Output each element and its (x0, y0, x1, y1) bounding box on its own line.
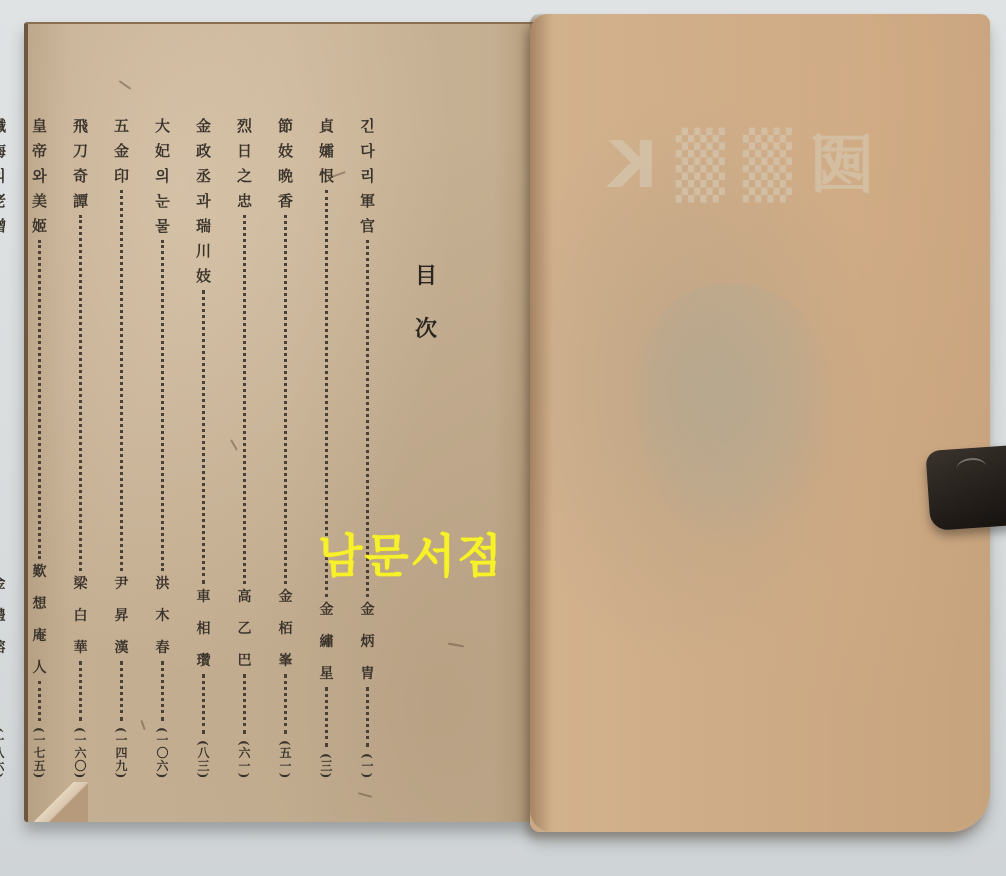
title-char: 孀 (319, 144, 334, 159)
title-char: 帝 (32, 144, 47, 159)
dark-clip-object (925, 445, 1006, 531)
toc-entry: 金 政 丞 과 瑞 川 妓 車 相 瓚 (八三) (183, 119, 224, 779)
toc-entry-title: 烈 日 之 忠 (237, 119, 252, 209)
title-char: 飛 (73, 119, 88, 134)
toc-entry-author: 高 乙 巴 (238, 590, 252, 668)
title-char: 瑞 (196, 219, 211, 234)
toc-heading-char: 次 (415, 312, 437, 343)
title-char: 姬 (32, 219, 47, 234)
inside-cover-page: 國▒▒K (530, 14, 990, 832)
title-char: 의 (155, 169, 170, 184)
title-char: 五 (114, 119, 129, 134)
title-char: 奇 (73, 169, 88, 184)
author-char: 巴 (238, 654, 252, 668)
author-char: 白 (74, 609, 88, 623)
author-char: 栢 (279, 622, 293, 636)
title-char: 긴 (360, 119, 375, 134)
toc-entry-author: 金 炳 胄 (361, 603, 375, 681)
author-char: 想 (33, 597, 47, 611)
toc-heading: 目 次 (388, 119, 464, 779)
author-char: 胄 (361, 667, 375, 681)
title-char: 之 (237, 169, 252, 184)
title-char: 恨 (319, 169, 334, 184)
toc-entry-page: (一八六) (0, 727, 7, 779)
author-char: 金 (279, 590, 293, 604)
toc-entry-title: 懺 悔 의 老 僧 (0, 119, 6, 234)
leader-dots (79, 215, 82, 571)
author-char: 木 (156, 609, 170, 623)
title-char: 川 (196, 244, 211, 259)
folded-corner (28, 782, 88, 822)
title-char: 官 (360, 219, 375, 234)
title-char: 물 (155, 219, 170, 234)
toc-entry-page: (三) (318, 753, 335, 779)
store-watermark: 남문서점 (318, 520, 504, 586)
author-char: 炳 (361, 635, 375, 649)
title-char: 과 (196, 194, 211, 209)
toc-entry: 烈 日 之 忠 高 乙 巴 (六一) (224, 119, 265, 779)
leader-dots (38, 240, 41, 559)
title-char: 의 (0, 169, 6, 184)
title-char: 大 (155, 119, 170, 134)
toc-entry-title: 皇 帝 와 美 姬 (32, 119, 47, 234)
author-char: 華 (74, 641, 88, 655)
title-char: 忠 (237, 194, 252, 209)
spine-shadow (530, 14, 552, 832)
author-char: 車 (197, 590, 211, 604)
title-char: 貞 (319, 119, 334, 134)
toc-entry-author: 歎 想 庵 人 (33, 565, 47, 675)
leader-dots (120, 190, 123, 571)
faded-illustration (638, 284, 838, 554)
title-char: 印 (114, 169, 129, 184)
title-char: 香 (278, 194, 293, 209)
toc-entry: 五 金 印 尹 昇 漢 (一四九) (101, 119, 142, 779)
toc-entry-title: 飛 刀 奇 譚 (73, 119, 88, 209)
paper-fiber (358, 792, 372, 798)
title-char: 皇 (32, 119, 47, 134)
title-char: 譚 (73, 194, 88, 209)
toc-entry: 貞 孀 恨 金 繡 星 (三) (306, 119, 347, 779)
title-char: 丞 (196, 169, 211, 184)
toc-entry-author: 車 相 瓚 (197, 590, 211, 668)
title-char: 僧 (0, 219, 6, 234)
author-char: 金 (361, 603, 375, 617)
author-char: 禮 (0, 609, 6, 623)
leader-dots (38, 681, 41, 721)
toc-entry: 節 妓 晩 香 金 栢 峯 (五一) (265, 119, 306, 779)
author-char: 繡 (320, 635, 334, 649)
leader-dots (325, 687, 328, 747)
toc-entry-title: 節 妓 晩 香 (278, 119, 293, 209)
toc-entry: 긴 다 리 軍 官 金 炳 胄 (一) (347, 119, 388, 779)
title-char: 懺 (0, 119, 6, 134)
toc-entry-title: 貞 孀 恨 (319, 119, 334, 184)
title-char: 눈 (155, 194, 170, 209)
title-char: 金 (114, 144, 129, 159)
toc-entry-author: 洪 木 春 (156, 577, 170, 655)
title-char: 妓 (196, 269, 211, 284)
leader-dots (120, 661, 123, 721)
author-char: 尹 (115, 577, 129, 591)
toc-entry: 皇 帝 와 美 姬 歎 想 庵 人 (一七五) (19, 119, 60, 779)
toc-entry-author: 梁 白 華 (74, 577, 88, 655)
faded-mirrored-title: 國▒▒K (590, 114, 874, 206)
toc-heading-char: 目 (415, 259, 437, 290)
author-char: 春 (156, 641, 170, 655)
author-char: 人 (33, 661, 47, 675)
title-char: 日 (237, 144, 252, 159)
toc-entry: 飛 刀 奇 譚 梁 白 華 (一六〇) (60, 119, 101, 779)
toc-entry-page: (一) (359, 753, 376, 779)
title-char: 軍 (360, 194, 375, 209)
toc-entry-author: 金 繡 星 (320, 603, 334, 681)
author-char: 金 (320, 603, 334, 617)
toc-entry-title: 大 妃 의 눈 물 (155, 119, 170, 234)
toc-entry-page: (六一) (236, 740, 253, 779)
toc-entry-title: 金 政 丞 과 瑞 川 妓 (196, 119, 211, 284)
title-char: 烈 (237, 119, 252, 134)
toc-entry: 大 妃 의 눈 물 洪 木 春 (一〇六) (142, 119, 183, 779)
title-char: 와 (32, 169, 47, 184)
leader-dots (366, 687, 369, 747)
title-char: 리 (360, 169, 375, 184)
toc-entry-author: 金 栢 峯 (279, 590, 293, 668)
title-char: 刀 (73, 144, 88, 159)
toc-entry-author: 金 禮 鎔 (0, 577, 6, 655)
author-char: 庵 (33, 629, 47, 643)
author-char: 洪 (156, 577, 170, 591)
title-char: 다 (360, 144, 375, 159)
author-char: 歎 (33, 565, 47, 579)
author-char: 昇 (115, 609, 129, 623)
leader-dots (284, 674, 287, 734)
title-char: 政 (196, 144, 211, 159)
toc-entry-page: (一六〇) (72, 727, 89, 779)
toc-entry-page: (一〇六) (154, 727, 171, 779)
leader-dots (243, 674, 246, 734)
leader-dots (79, 661, 82, 721)
toc-entry-page: (一七五) (31, 727, 48, 779)
toc-page: 目 次 긴 다 리 軍 官 金 炳 胄 (一) (24, 22, 534, 822)
toc-entry-author: 尹 昇 漢 (115, 577, 129, 655)
leader-dots (284, 215, 287, 584)
author-char: 星 (320, 667, 334, 681)
paper-fiber (119, 80, 132, 90)
author-char: 瓚 (197, 654, 211, 668)
title-char: 妃 (155, 144, 170, 159)
toc-entry-page: (八三) (195, 740, 212, 779)
clip-highlight (956, 457, 987, 479)
toc-entry: 懺 悔 의 老 僧 金 禮 鎔 (一八六) (0, 119, 19, 779)
author-char: 高 (238, 590, 252, 604)
title-char: 晩 (278, 169, 293, 184)
title-char: 老 (0, 194, 6, 209)
title-char: 妓 (278, 144, 293, 159)
author-char: 乙 (238, 622, 252, 636)
author-char: 金 (0, 577, 6, 591)
leader-dots (243, 215, 246, 584)
leader-dots (202, 674, 205, 734)
title-char: 美 (32, 194, 47, 209)
author-char: 梁 (74, 577, 88, 591)
author-char: 峯 (279, 654, 293, 668)
toc-entry-title: 五 金 印 (114, 119, 129, 184)
title-char: 金 (196, 119, 211, 134)
leader-dots (202, 290, 205, 584)
title-char: 節 (278, 119, 293, 134)
title-char: 悔 (0, 144, 6, 159)
author-char: 漢 (115, 641, 129, 655)
author-char: 鎔 (0, 641, 6, 655)
table-of-contents: 目 次 긴 다 리 軍 官 金 炳 胄 (一) (0, 119, 464, 779)
toc-entry-page: (一四九) (113, 727, 130, 779)
author-char: 相 (197, 622, 211, 636)
book-photo: 目 次 긴 다 리 軍 官 金 炳 胄 (一) (0, 0, 1006, 876)
leader-dots (161, 661, 164, 721)
toc-entry-page: (五一) (277, 740, 294, 779)
toc-entry-title: 긴 다 리 軍 官 (360, 119, 375, 234)
leader-dots (161, 240, 164, 571)
